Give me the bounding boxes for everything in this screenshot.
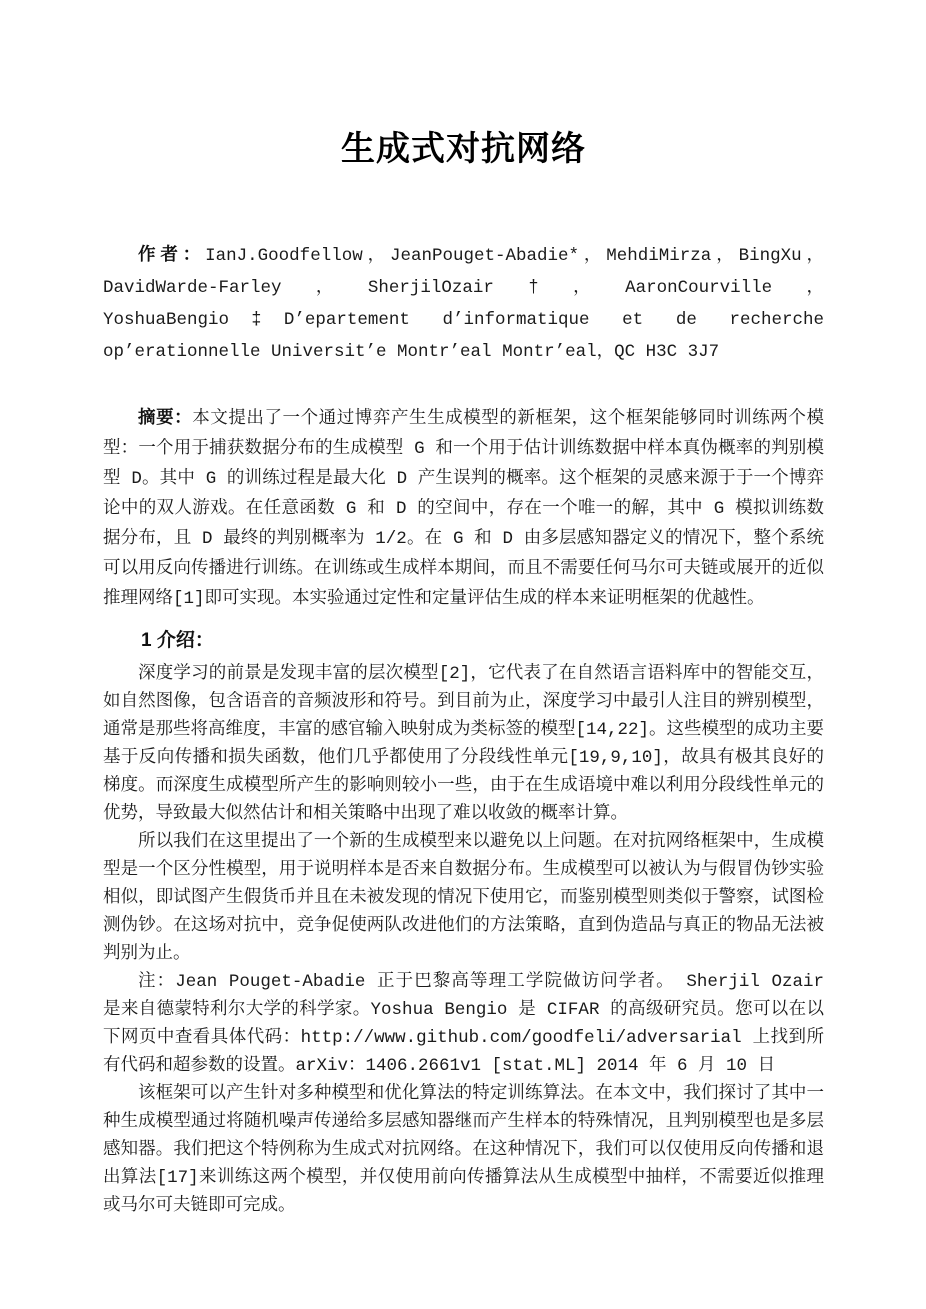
intro-paragraph: 所以我们在这里提出了一个新的生成模型来以避免以上问题。在对抗网络框架中，生成模型…: [103, 828, 824, 968]
abstract-text: 本文提出了一个通过博弈产生生成模型的新框架，这个框架能够同时训练两个模型：一个用…: [103, 409, 824, 609]
author-block: 作者：IanJ.Goodfellow，JeanPouget-Abadie*，Me…: [103, 238, 824, 368]
section-1-heading: 1 介绍：: [103, 628, 824, 654]
author-text: IanJ.Goodfellow，JeanPouget-Abadie*，Mehdi…: [103, 246, 824, 362]
section-1-body: 深度学习的前景是发现丰富的层次模型[2]，它代表了在自然语言语料库中的智能交互，…: [103, 660, 824, 1220]
intro-paragraph: 注：Jean Pouget-Abadie 正于巴黎高等理工学院做访问学者。 Sh…: [103, 968, 824, 1080]
author-label: 作者：: [138, 244, 205, 264]
abstract-label: 摘要：: [138, 407, 192, 427]
intro-paragraph: 深度学习的前景是发现丰富的层次模型[2]，它代表了在自然语言语料库中的智能交互，…: [103, 660, 824, 828]
document-page: 生成式对抗网络 作者：IanJ.Goodfellow，JeanPouget-Ab…: [0, 0, 926, 1309]
document-title: 生成式对抗网络: [103, 126, 824, 172]
abstract-paragraph: 摘要：本文提出了一个通过博弈产生生成模型的新框架，这个框架能够同时训练两个模型：…: [103, 402, 824, 614]
intro-paragraph: 该框架可以产生针对多种模型和优化算法的特定训练算法。在本文中，我们探讨了其中一种…: [103, 1080, 824, 1220]
